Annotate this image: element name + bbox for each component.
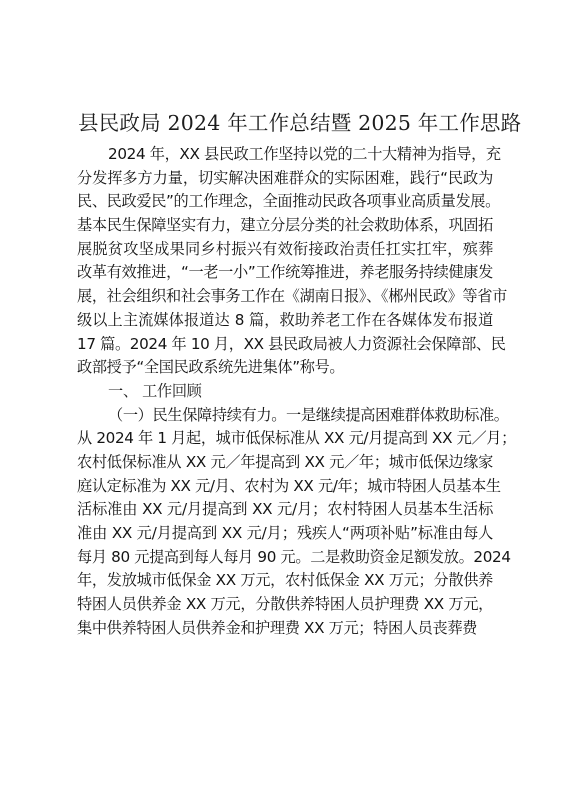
text-line: 政部授予“全国民政系统先进集体”称号。 [77, 356, 495, 380]
text-line: 从 2024 年 1 月起，城市低保标准从 XX 元/月提高到 XX 元／月； [77, 427, 493, 451]
text-line: 级以上主流媒体报道达 8 篇，救助养老工作在各媒体发布报道 [77, 309, 493, 333]
text-line: 集中供养特困人员供养金和护理费 XX 万元；特困人员丧葬费 [77, 617, 495, 641]
text-line: 农村低保标准从 XX 元／年提高到 XX 元／年；城市低保边缘家 [77, 451, 493, 475]
text-line: 特困人员供养金 XX 万元，分散供养特困人员护理费 XX 万元， [77, 593, 493, 617]
text-line: 庭认定标准为 XX 元/月、农村为 XX 元/年；城市特困人员基本生 [77, 475, 493, 499]
document-page: 县民政局 2024 年工作总结暨 2025 年工作思路 2024 年，XX 县民… [0, 0, 570, 807]
text-line: （一）民生保障持续有力。一是继续提高困难群体救助标准。 [77, 404, 493, 428]
text-line: 展脱贫攻坚成果同乡村振兴有效衔接政治责任扛实扛牢，殡葬 [77, 238, 493, 262]
text-line: 改革有效推进，“一老一小”工作统筹推进，养老服务持续健康发 [77, 261, 493, 285]
section-heading: 一、 工作回顾 [77, 380, 495, 404]
text-line: 2024 年，XX 县民政工作坚持以党的二十大精神为指导，充 [77, 143, 493, 167]
text-line: 年，发放城市低保金 XX 万元，农村低保金 XX 万元；分散供养 [77, 569, 493, 593]
text-line: 每月 80 元提高到每人每月 90 元。二是救助资金足额发放。2024 [77, 546, 493, 570]
text-line: 民、民政爱民”的工作理念，全面推动民政各项事业高质量发展。 [77, 190, 493, 214]
text-line: 展，社会组织和社会事务工作在《湖南日报》、《郴州民政》等省市 [77, 285, 493, 309]
text-line: 分发挥多方力量，切实解决困难群众的实际困难，践行“民政为 [77, 167, 493, 191]
document-body: 2024 年，XX 县民政工作坚持以党的二十大精神为指导，充 分发挥多方力量，切… [77, 143, 495, 640]
document-title: 县民政局 2024 年工作总结暨 2025 年工作思路 [78, 109, 498, 137]
text-line: 活标准由 XX 元/月提高到 XX 元/月；农村特困人员基本生活标 [77, 498, 493, 522]
intro-paragraph: 2024 年，XX 县民政工作坚持以党的二十大精神为指导，充 分发挥多方力量，切… [77, 143, 495, 380]
text-line: 基本民生保障坚实有力，建立分层分类的社会救助体系，巩固拓 [77, 214, 493, 238]
text-line: 准由 XX 元/月提高到 XX 元/月；残疾人“两项补贴”标准由每人 [77, 522, 493, 546]
section-1-paragraph: （一）民生保障持续有力。一是继续提高困难群体救助标准。 从 2024 年 1 月… [77, 404, 495, 641]
text-line: 17 篇。2024 年 10 月，XX 县民政局被人力资源社会保障部、民 [77, 333, 493, 357]
